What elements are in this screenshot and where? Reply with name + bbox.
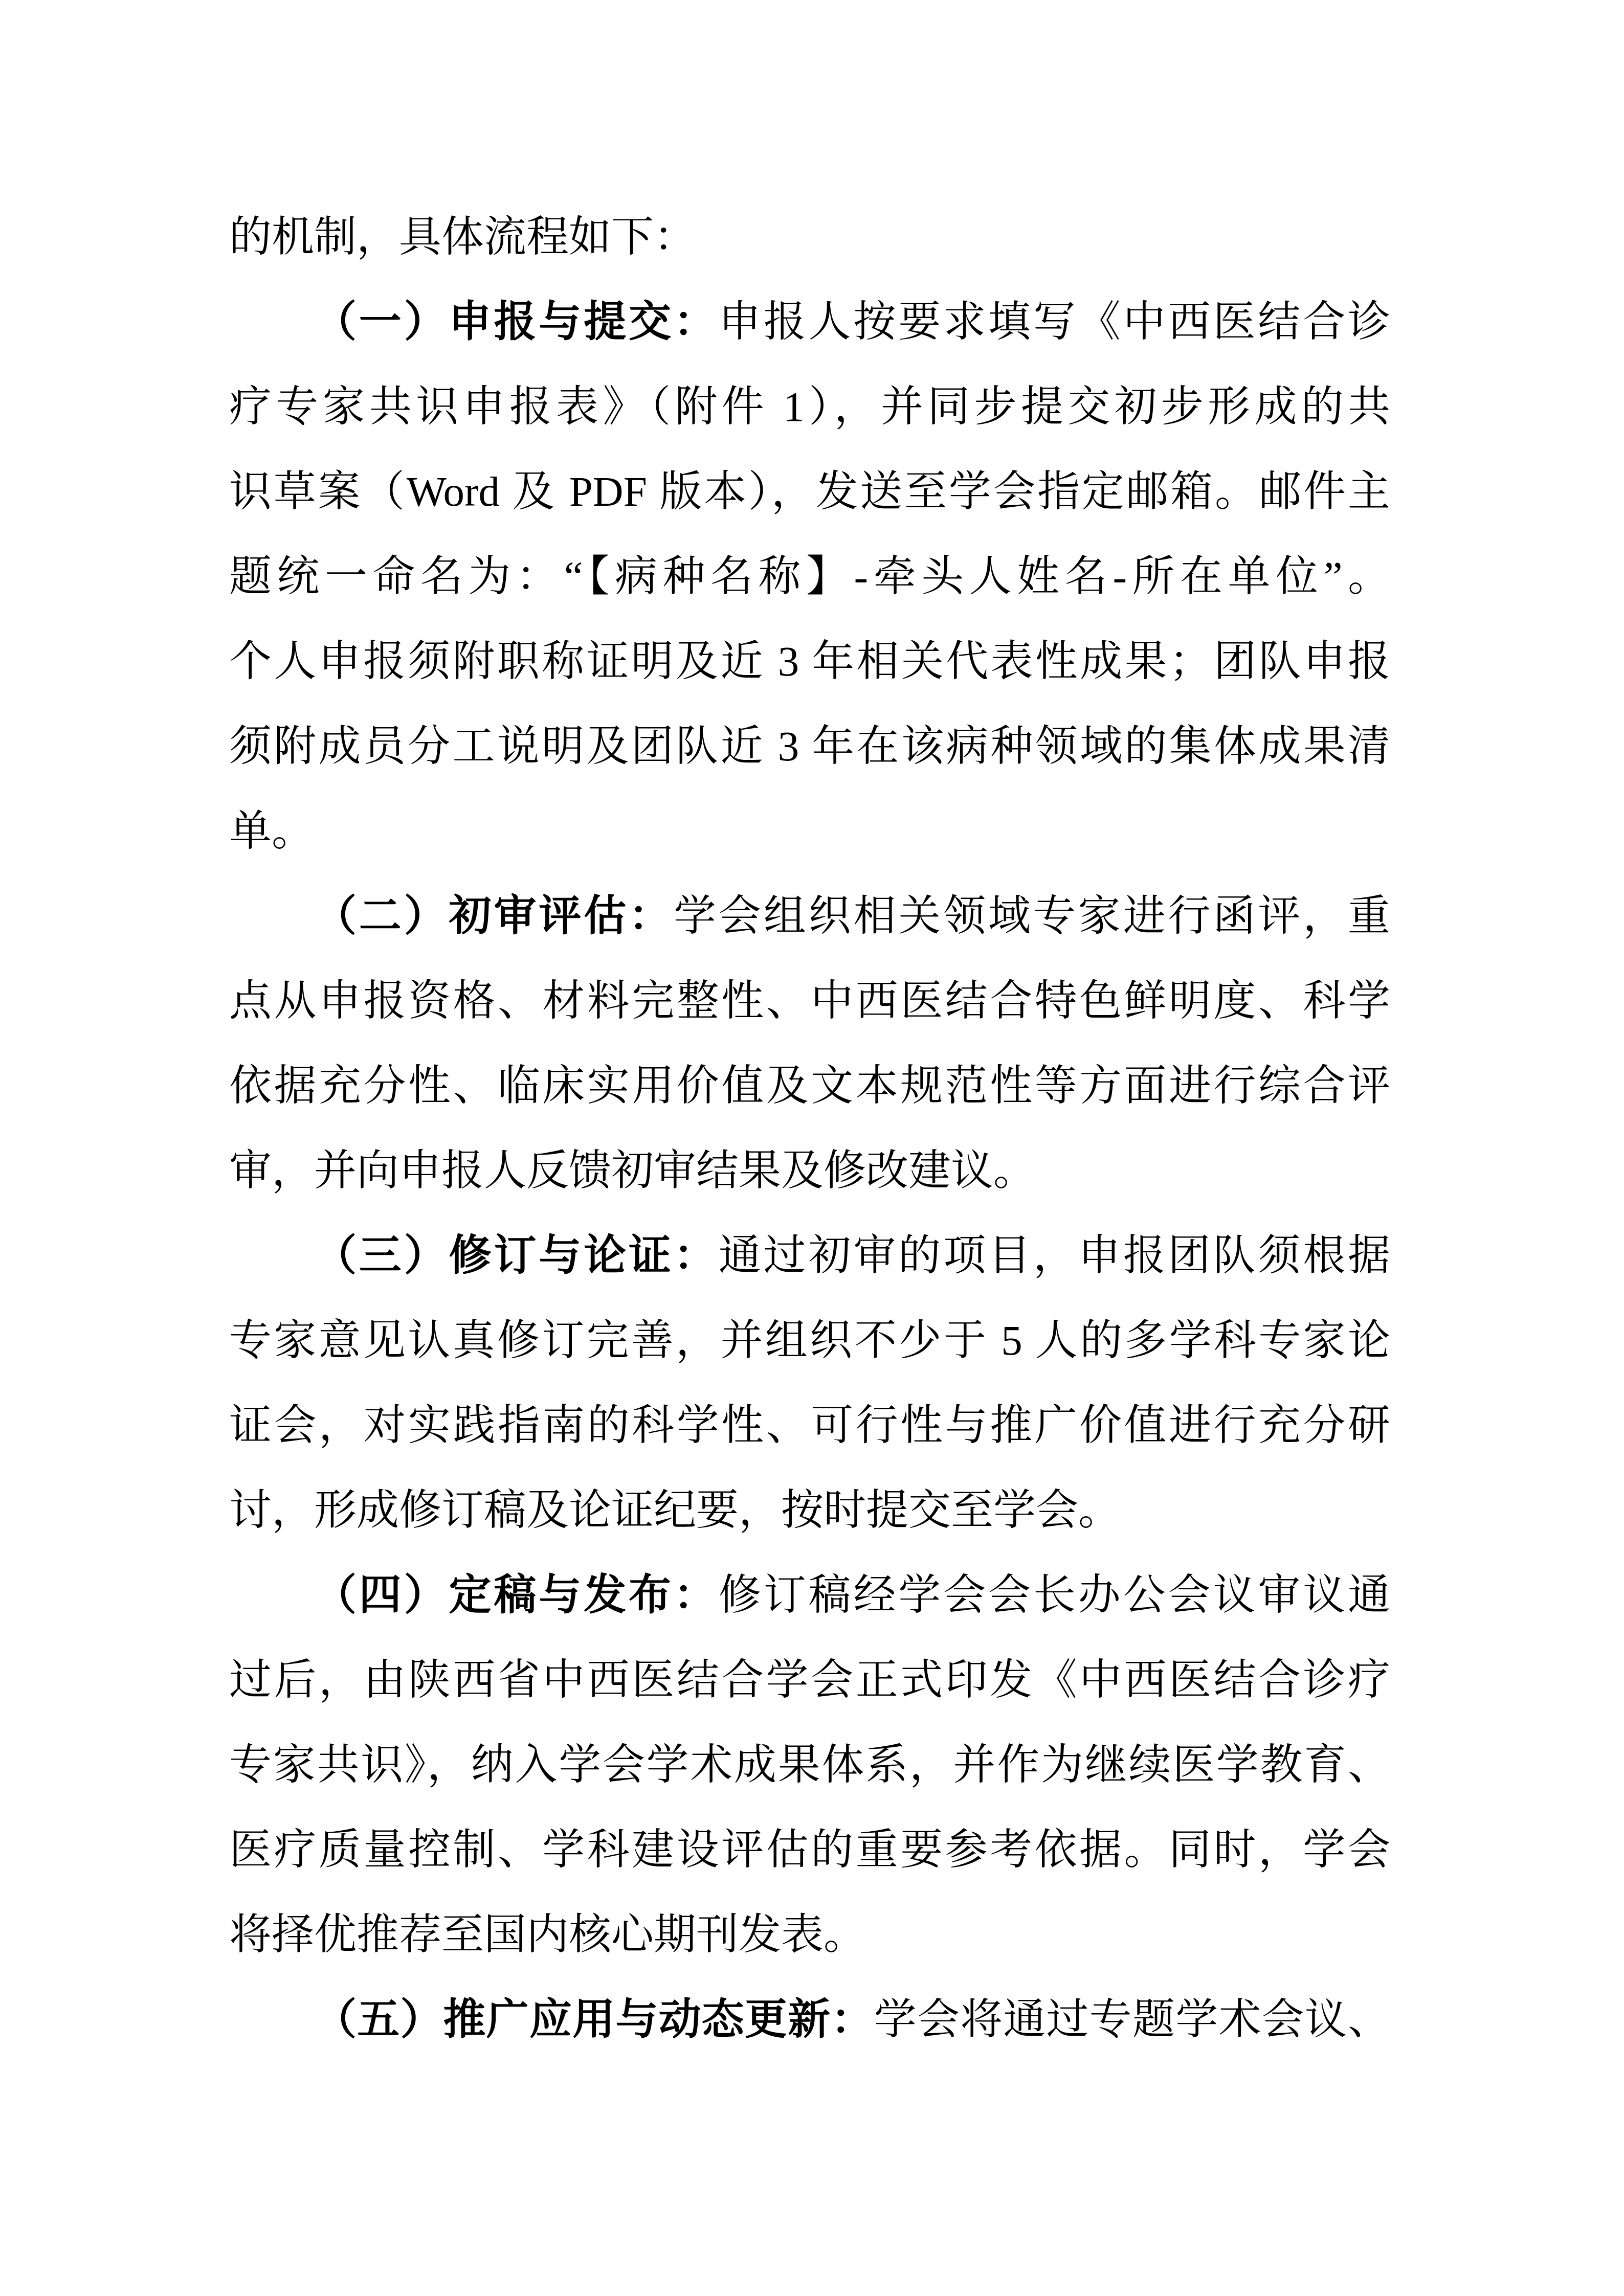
text-run: 识草案（Word 及 PDF 版本），发送至学会指定邮箱。邮件主 [229, 468, 1390, 515]
text-line: 过后，由陕西省中西医结合学会正式印发《中西医结合诊疗 [229, 1637, 1390, 1722]
text-run: 讨，形成修订稿及论证纪要，按时提交至学会。 [229, 1487, 1121, 1534]
text-run: 修订稿经学会会长办公会议审议通 [719, 1571, 1390, 1618]
text-line: 个人申报须附职称证明及近 3 年相关代表性成果；团队申报 [229, 619, 1390, 704]
text-run: 题统一命名为：“【病种名称】-牵头人姓名-所在单位”。 [229, 553, 1390, 600]
text-line: 依据充分性、临床实用价值及文本规范性等方面进行综合评 [229, 1043, 1390, 1128]
text-line: 医疗质量控制、学科建设评估的重要参考依据。同时，学会 [229, 1807, 1390, 1892]
text-run: 依据充分性、临床实用价值及文本规范性等方面进行综合评 [229, 1062, 1390, 1109]
text-run: 须附成员分工说明及团队近 3 年在该病种领域的集体成果清 [229, 723, 1390, 770]
text-run: 专家共识》，纳入学会学术成果体系，并作为继续医学教育、 [229, 1741, 1390, 1788]
text-run: 疗专家共识申报表》（附件 1），并同步提交初步形成的共 [229, 383, 1390, 430]
text-line: 疗专家共识申报表》（附件 1），并同步提交初步形成的共 [229, 364, 1390, 449]
text-line: 的机制，具体流程如下： [229, 194, 1390, 279]
heading-run: （五）推广应用与动态更新： [314, 1995, 874, 2043]
text-run: 学会将通过专题学术会议、 [874, 1996, 1390, 2043]
text-run: 将择优推荐至国内核心期刊发表。 [229, 1911, 866, 1958]
document-page: 的机制，具体流程如下：（一）申报与提交：申报人按要求填写《中西医结合诊疗专家共识… [0, 0, 1624, 2296]
text-line: 专家共识》，纳入学会学术成果体系，并作为继续医学教育、 [229, 1722, 1390, 1807]
text-run: 证会，对实践指南的科学性、可行性与推广价值进行充分研 [229, 1402, 1390, 1449]
text-line: 须附成员分工说明及团队近 3 年在该病种领域的集体成果清 [229, 704, 1390, 789]
text-run: 通过初审的项目，申报团队须根据 [719, 1232, 1390, 1279]
document-body: 的机制，具体流程如下：（一）申报与提交：申报人按要求填写《中西医结合诊疗专家共识… [229, 194, 1390, 2062]
text-line: 点从申报资格、材料完整性、中西医结合特色鲜明度、科学 [229, 958, 1390, 1043]
text-line: （二）初审评估：学会组织相关领域专家进行函评，重 [229, 873, 1390, 958]
text-run: 个人申报须附职称证明及近 3 年相关代表性成果；团队申报 [229, 638, 1390, 685]
heading-run: （四）定稿与发布： [314, 1571, 719, 1618]
text-run: 过后，由陕西省中西医结合学会正式印发《中西医结合诊疗 [229, 1656, 1390, 1703]
text-line: 识草案（Word 及 PDF 版本），发送至学会指定邮箱。邮件主 [229, 449, 1390, 534]
text-line: 将择优推荐至国内核心期刊发表。 [229, 1892, 1390, 1977]
text-run: 医疗质量控制、学科建设评估的重要参考依据。同时，学会 [229, 1826, 1390, 1873]
text-run: 单。 [229, 807, 314, 854]
text-line: 证会，对实践指南的科学性、可行性与推广价值进行充分研 [229, 1383, 1390, 1468]
heading-run: （三）修订与论证： [314, 1231, 719, 1279]
text-run: 申报人按要求填写《中西医结合诊 [719, 298, 1390, 345]
heading-run: （二）初审评估： [314, 892, 674, 939]
text-line: （一）申报与提交：申报人按要求填写《中西医结合诊 [229, 279, 1390, 364]
text-line: 讨，形成修订稿及论证纪要，按时提交至学会。 [229, 1468, 1390, 1552]
text-line: 题统一命名为：“【病种名称】-牵头人姓名-所在单位”。 [229, 534, 1390, 619]
heading-run: （一）申报与提交： [314, 298, 719, 345]
text-line: （三）修订与论证：通过初审的项目，申报团队须根据 [229, 1213, 1390, 1298]
text-line: （五）推广应用与动态更新：学会将通过专题学术会议、 [229, 1977, 1390, 2062]
text-line: 单。 [229, 789, 1390, 873]
text-line: 专家意见认真修订完善，并组织不少于 5 人的多学科专家论 [229, 1298, 1390, 1383]
text-run: 点从申报资格、材料完整性、中西医结合特色鲜明度、科学 [229, 977, 1390, 1024]
text-line: 审，并向申报人反馈初审结果及修改建议。 [229, 1128, 1390, 1213]
text-line: （四）定稿与发布：修订稿经学会会长办公会议审议通 [229, 1552, 1390, 1637]
text-run: 的机制，具体流程如下： [229, 213, 696, 260]
text-run: 专家意见认真修订完善，并组织不少于 5 人的多学科专家论 [229, 1317, 1390, 1364]
text-run: 学会组织相关领域专家进行函评，重 [674, 892, 1390, 939]
text-run: 审，并向申报人反馈初审结果及修改建议。 [229, 1147, 1036, 1194]
